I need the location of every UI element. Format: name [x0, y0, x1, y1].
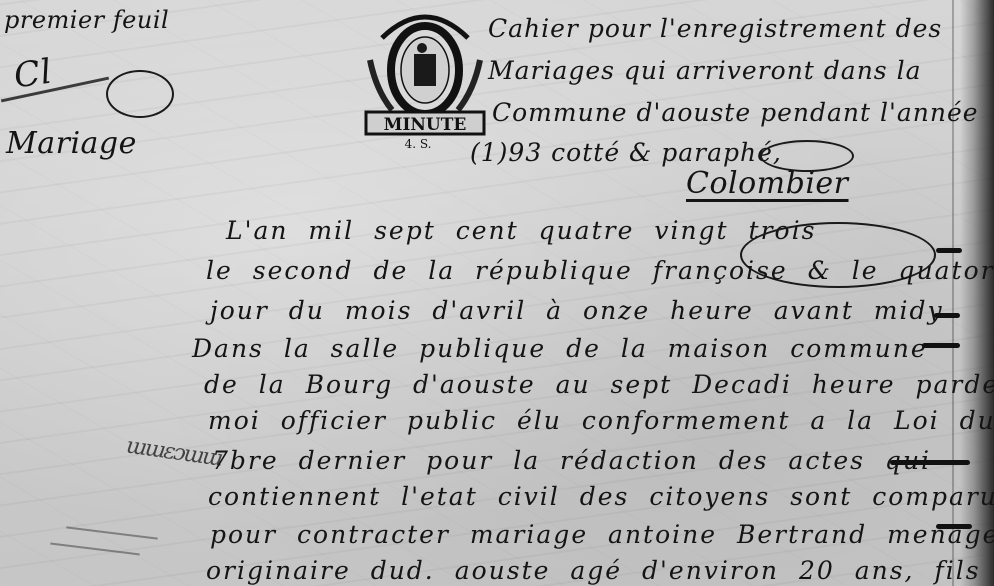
- body-line-9: pour contracter mariage antoine Bertrand…: [210, 520, 994, 549]
- faint-stroke: [50, 543, 140, 556]
- body-line-3: jour du mois d'avril à onze heure avant …: [210, 296, 944, 325]
- body-line-1: L'an mil sept cent quatre vingt trois: [226, 216, 816, 245]
- line-fill-dash: [936, 248, 962, 253]
- margin-title-mariage: Mariage: [6, 126, 137, 161]
- body-line-2: le second de la république françoise & l…: [206, 256, 994, 285]
- paraph-loop: [106, 70, 174, 118]
- minute-stamp-icon: MINUTE 4. S.: [362, 0, 488, 150]
- signature-flourish: [760, 140, 854, 172]
- document-page: premier feuil Cl Mariage MINUTE 4. S. Ca…: [0, 0, 994, 586]
- faint-stroke: [66, 526, 158, 539]
- body-line-7: 7bre dernier pour la rédaction des actes…: [212, 446, 931, 475]
- body-line-6: moi officier public élu conformement a l…: [208, 406, 994, 435]
- svg-text:4. S.: 4. S.: [405, 137, 432, 150]
- body-line-10: originaire dud. aouste agé d'environ 20 …: [206, 556, 981, 585]
- body-line-4: Dans la salle publique de la maison comm…: [192, 334, 928, 363]
- line-fill-dash: [922, 343, 960, 348]
- body-line-5: de la Bourg d'aouste au sept Decadi heur…: [204, 370, 994, 399]
- header-line-4: (1)93 cotté & paraphé,: [470, 138, 782, 167]
- body-line-8: contiennent l'etat civil des citoyens so…: [208, 482, 994, 511]
- line-fill-dash: [934, 313, 960, 318]
- signature-colombier: Colombier: [686, 166, 849, 201]
- line-fill-dash: [936, 524, 972, 529]
- margin-note-premier-feuil: premier feuil: [4, 6, 169, 34]
- svg-text:MINUTE: MINUTE: [384, 115, 467, 135]
- line-fill-dash: [890, 460, 970, 465]
- margin-smudge: ɯɯɛɔɯɯ: [125, 433, 223, 471]
- header-line-1: Cahier pour l'enregistrement des: [488, 14, 942, 43]
- header-line-2: Mariages qui arriveront dans la: [488, 56, 921, 85]
- header-line-3: Commune d'aouste pendant l'année: [492, 98, 979, 127]
